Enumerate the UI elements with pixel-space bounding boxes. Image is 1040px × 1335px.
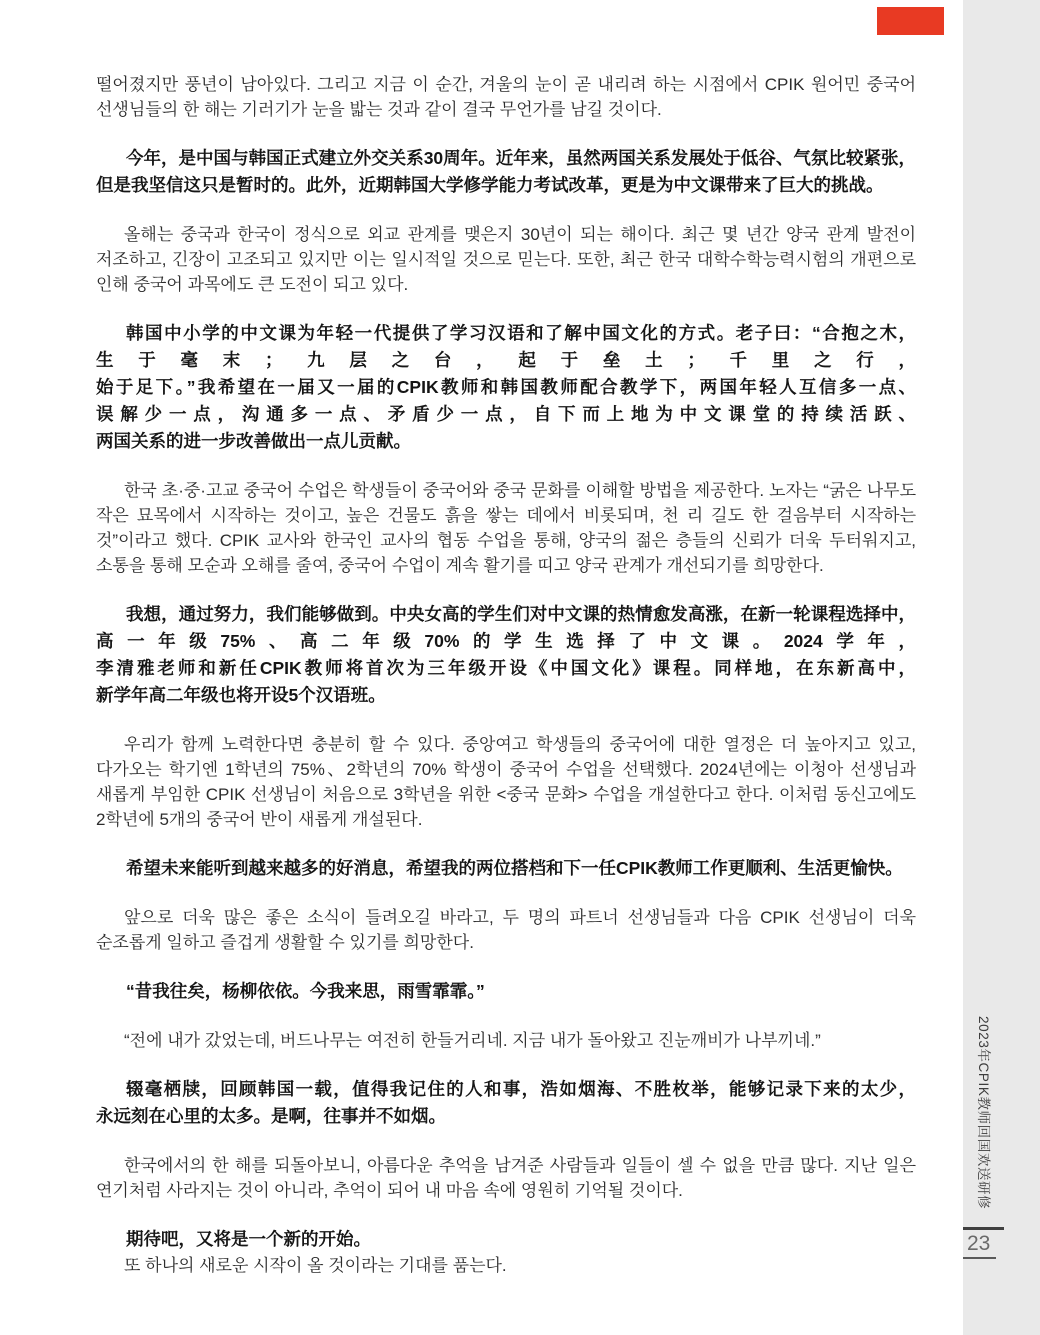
paragraph-2-zh: 今年，是中国与韩国正式建立外交关系30周年。近年来，虽然两国关系发展处于低谷、气…	[96, 145, 916, 199]
paragraph-7-ko: 우리가 함께 노력한다면 충분히 할 수 있다. 중앙여고 학생들의 중국어에 …	[96, 732, 916, 832]
paragraph-14-zh: 期待吧，又将是一个新的开始。	[96, 1226, 916, 1253]
paragraph-10-zh: “昔我往矣，杨柳依依。今我来思，雨雪霏霏。”	[96, 978, 916, 1005]
page-number-rule-bottom	[963, 1257, 996, 1259]
book-page: 2023年CPIK教师回国欢送研修 23 떨어졌지만 풍년이 남아있다. 그리고…	[0, 0, 1040, 1335]
sidebar-chapter-title: 2023年CPIK教师回国欢送研修	[975, 1016, 991, 1209]
paragraph-3-ko: 올해는 중국과 한국이 정식으로 외교 관계를 맺은지 30년이 되는 해이다.…	[96, 222, 916, 297]
page-number: 23	[967, 1231, 990, 1257]
paragraph-11-ko: “전에 내가 갔었는데, 버드나무는 여전히 한들거리네. 지금 내가 돌아왔고…	[96, 1028, 916, 1053]
paragraph-4-zh: 韩国中小学的中文课为年轻一代提供了学习汉语和了解中国文化的方式。老子曰：“合抱之…	[96, 320, 916, 455]
page-number-rule-top	[963, 1227, 1004, 1230]
paragraph-6-zh: 我想，通过努力，我们能够做到。中央女高的学生们对中文课的热情愈发高涨，在新一轮课…	[96, 601, 916, 709]
paragraph-1-ko: 떨어졌지만 풍년이 남아있다. 그리고 지금 이 순간, 겨울의 눈이 곧 내리…	[96, 72, 916, 122]
paragraph-8-zh: 希望未来能听到越来越多的好消息，希望我的两位搭档和下一任CPIK教师工作更顺利、…	[96, 855, 916, 882]
paragraph-13-ko: 한국에서의 한 해를 되돌아보니, 아름다운 추억을 남겨준 사람들과 일들이 …	[96, 1153, 916, 1203]
paragraph-15-ko: 또 하나의 새로운 시작이 올 것이라는 기대를 품는다.	[96, 1253, 916, 1278]
paragraph-9-ko: 앞으로 더욱 많은 좋은 소식이 들려오길 바라고, 두 명의 파트너 선생님들…	[96, 905, 916, 955]
paragraph-5-ko: 한국 초·중·고교 중국어 수업은 학생들이 중국어와 중국 문화를 이해할 방…	[96, 478, 916, 578]
red-marker-tab	[877, 7, 944, 35]
paragraph-12-zh: 辍毫栖牍，回顾韩国一载，值得我记住的人和事，浩如烟海、不胜枚举，能够记录下来的太…	[96, 1076, 916, 1130]
body-text: 떨어졌지만 풍년이 남아있다. 그리고 지금 이 순간, 겨울의 눈이 곧 내리…	[96, 72, 916, 1301]
